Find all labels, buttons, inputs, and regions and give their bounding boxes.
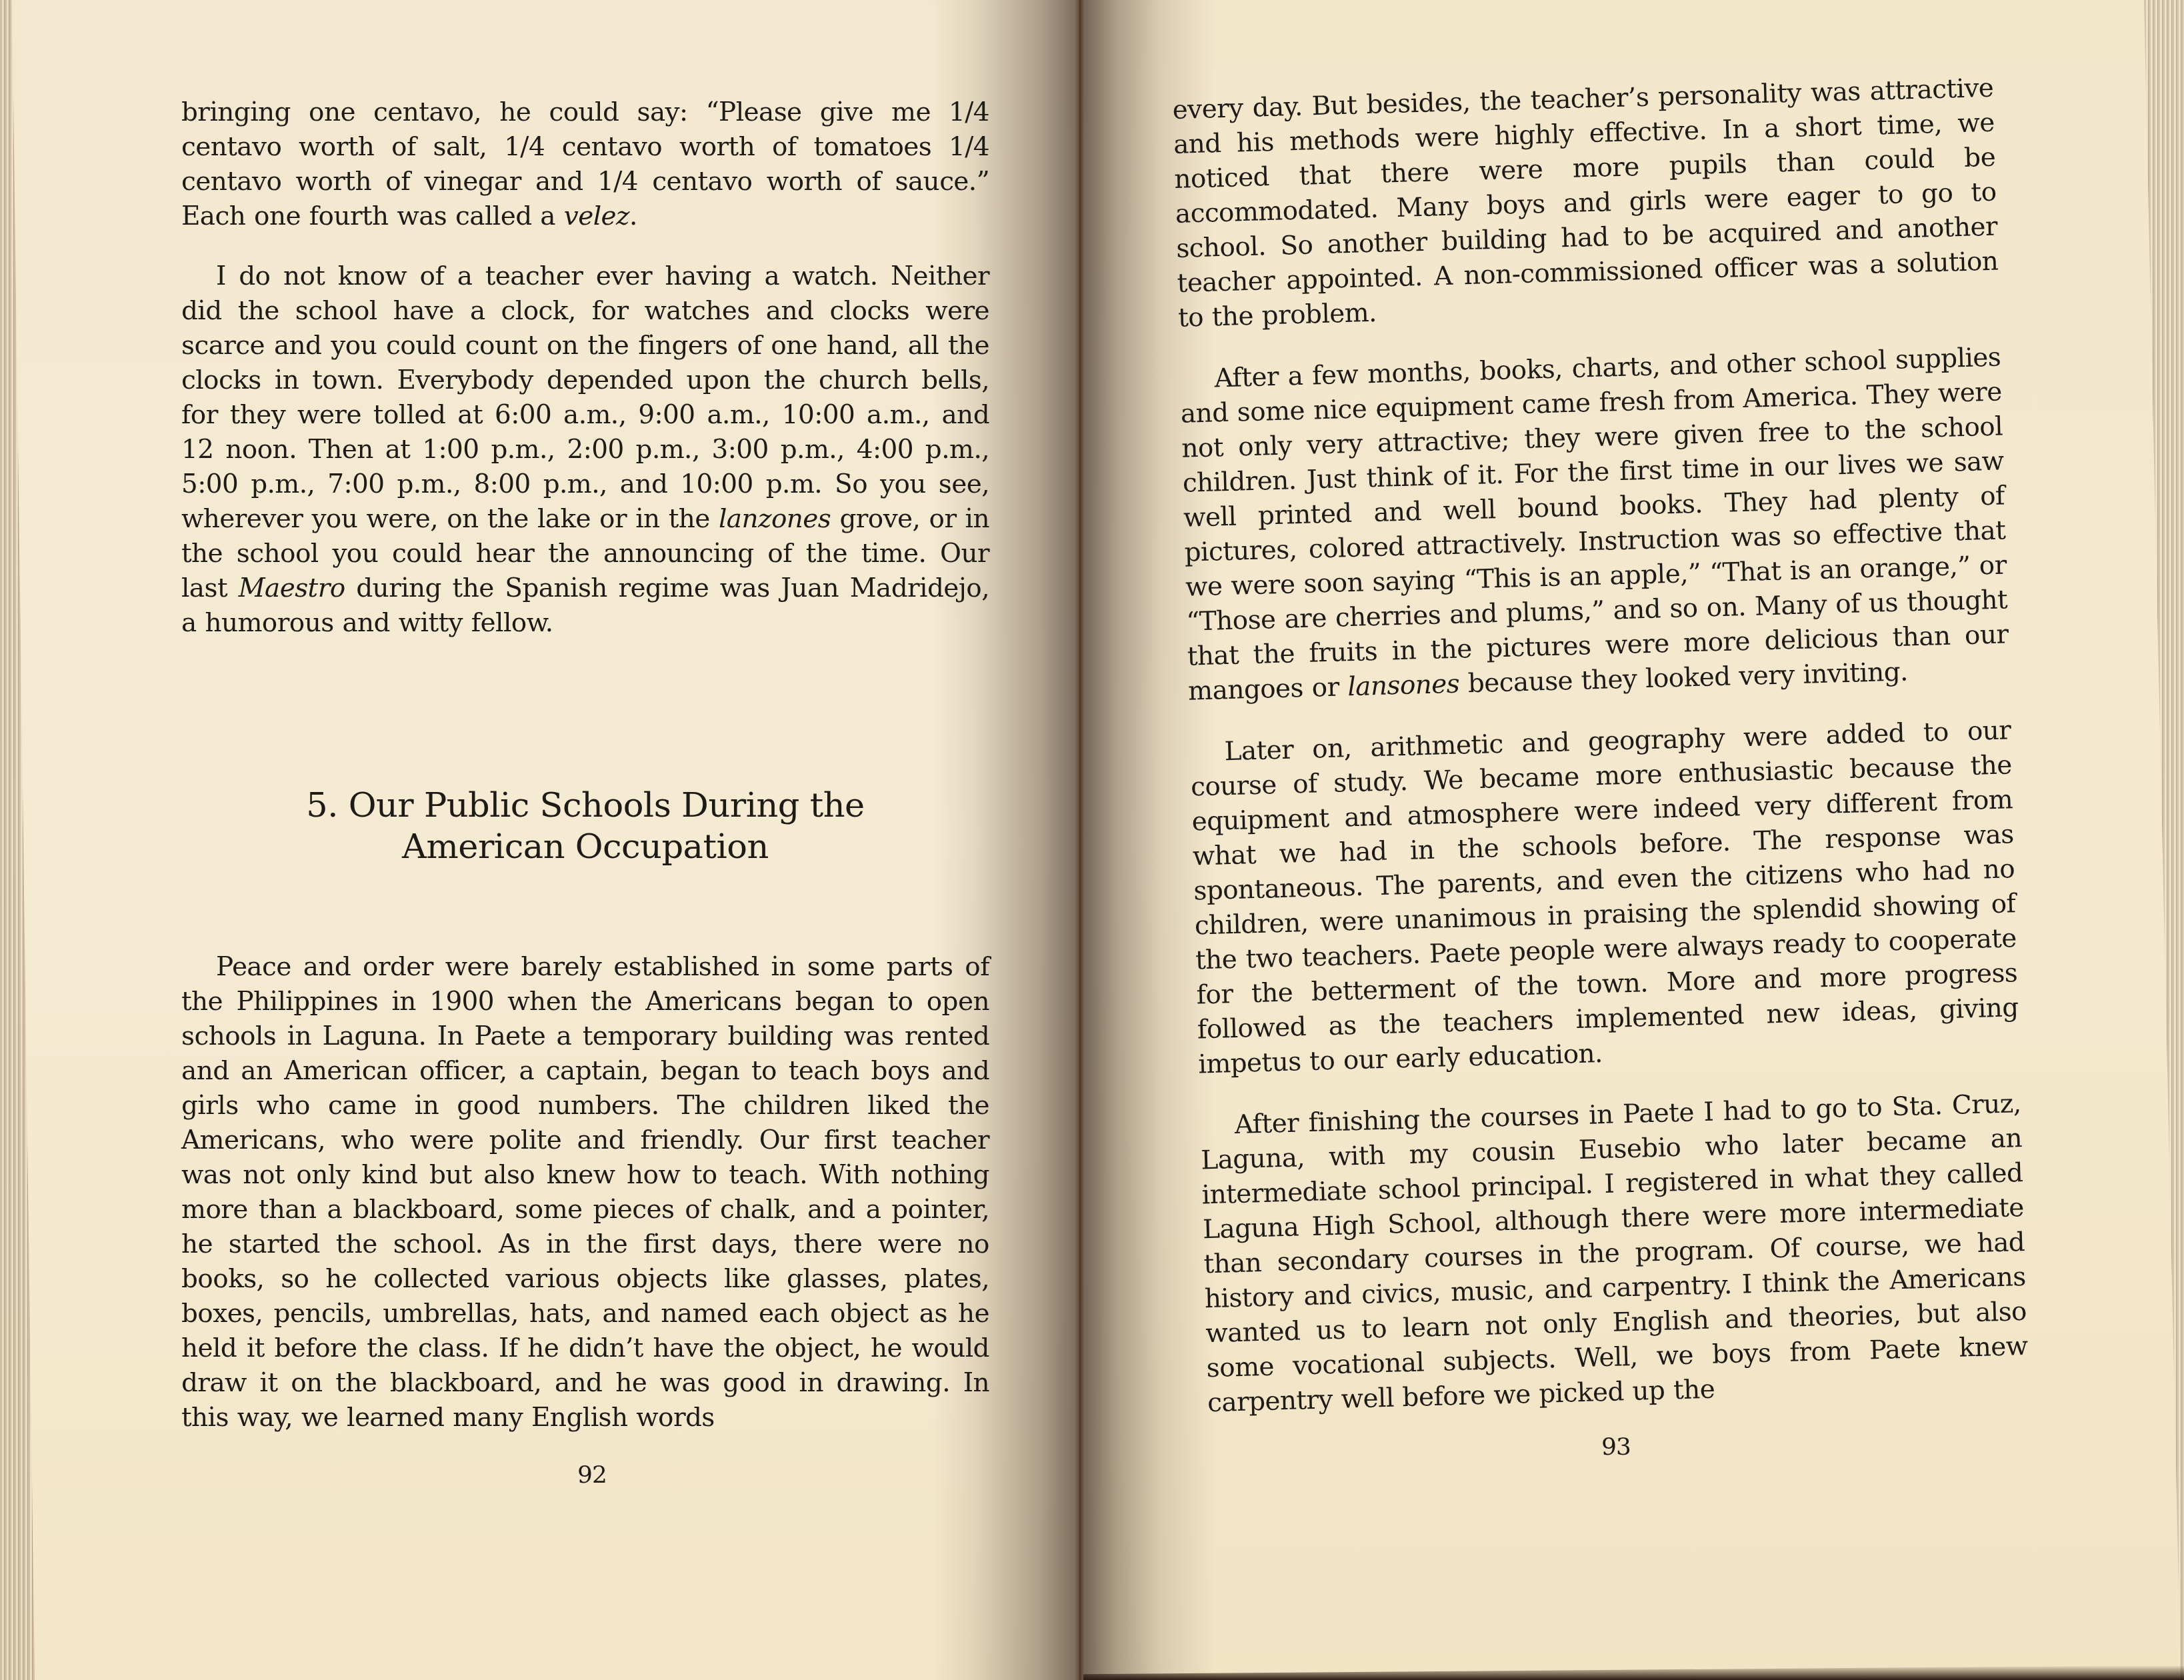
italic-term: velez	[564, 201, 629, 231]
paragraph-continuation: bringing one centavo, he could say: “Ple…	[181, 95, 989, 234]
left-page-edges	[0, 0, 35, 1680]
italic-term: Maestro	[239, 573, 345, 603]
paragraph-text: After a few months, books, charts, and o…	[1180, 343, 2009, 707]
italic-term: lansones	[1347, 669, 1460, 703]
paragraph-text: I do not know of a teacher ever having a…	[181, 261, 989, 534]
right-page-text: every day. But besides, the teacher’s pe…	[1172, 71, 2029, 1421]
paragraph-curriculum: Later on, arithmetic and geography were …	[1189, 713, 2020, 1082]
left-page-top-text: bringing one centavo, he could say: “Ple…	[181, 95, 989, 641]
left-page-section-text: Peace and order were barely established …	[181, 950, 989, 1435]
paragraph-text: .	[629, 201, 637, 231]
book-gutter	[1075, 0, 1084, 1680]
paragraph-supplies: After a few months, books, charts, and o…	[1179, 341, 2010, 709]
paragraph-first-school: Peace and order were barely established …	[181, 950, 989, 1435]
paragraph-high-school: After finishing the courses in Paete I h…	[1199, 1087, 2029, 1421]
left-page: bringing one centavo, he could say: “Ple…	[0, 0, 1083, 1680]
chapter-heading-line-1: 5. Our Public Schools During the	[181, 785, 989, 827]
paragraph-gap	[181, 234, 989, 259]
page-number-right: 93	[1601, 1433, 1631, 1461]
italic-term: lanzones	[719, 504, 831, 534]
chapter-heading: 5. Our Public Schools During the America…	[181, 785, 989, 868]
page-number-left: 92	[577, 1461, 607, 1489]
paragraph-continuation: every day. But besides, the teacher’s pe…	[1172, 71, 1999, 336]
right-page-edges	[2144, 0, 2184, 1680]
open-book-spread: bringing one centavo, he could say: “Ple…	[0, 0, 2184, 1680]
chapter-heading-line-2: American Occupation	[181, 827, 989, 868]
paragraph-clocks: I do not know of a teacher ever having a…	[181, 259, 989, 641]
